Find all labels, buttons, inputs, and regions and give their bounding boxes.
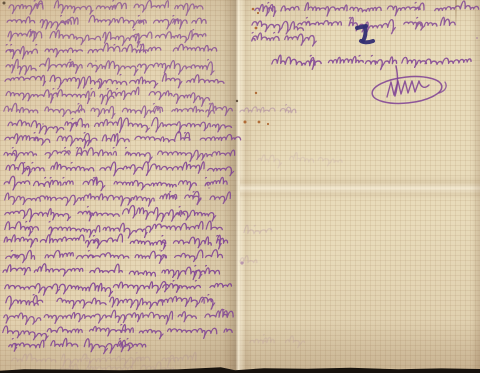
handwriting-line-left — [3, 234, 229, 249]
signature-flourish — [371, 66, 446, 107]
horizontal-crease — [240, 175, 480, 199]
paper-shading — [0, 0, 480, 373]
handwriting-line-left — [4, 205, 218, 221]
rust-spot — [255, 27, 258, 30]
dark-speck — [236, 100, 238, 102]
handwriting-line-right — [254, 1, 480, 16]
ink-speck — [117, 227, 119, 229]
ink-speck — [42, 123, 44, 125]
handwriting-line-left — [3, 281, 232, 297]
handwriting-line-left — [5, 162, 235, 176]
ink-speck — [95, 60, 97, 62]
right-edge-shadow — [471, 0, 480, 373]
handwriting-line-left — [3, 176, 229, 190]
scanned-letter — [0, 0, 480, 373]
rust-spot — [255, 92, 257, 94]
handwriting-line-left — [1, 325, 233, 341]
handwriting-line-left — [7, 118, 234, 135]
handwriting-line-left — [4, 43, 218, 59]
ink-bleed-mark — [240, 105, 297, 113]
handwriting-line-right — [250, 33, 318, 46]
ink-bleed-mark — [257, 153, 344, 168]
ink-speck — [208, 187, 210, 189]
rust-spot — [257, 12, 259, 14]
top-right-seam — [455, 0, 457, 30]
center-fold-crease — [222, 0, 252, 373]
ink-speck — [159, 249, 161, 251]
ink-bleed-mark — [240, 256, 258, 263]
rust-spot — [267, 123, 269, 125]
ink-bleed-mark — [11, 352, 197, 367]
ink-bleed-mark — [244, 225, 273, 234]
handwriting-line-left — [5, 250, 224, 264]
ink-bleed-mark — [59, 362, 176, 373]
dark-speck — [3, 2, 6, 5]
handwriting-line-left — [5, 295, 217, 310]
rust-spot — [244, 121, 247, 124]
rust-spot — [252, 8, 255, 11]
handwriting-line-left — [4, 87, 212, 106]
handwriting-line-left — [2, 264, 222, 280]
rust-spot — [258, 121, 261, 124]
ink-speck — [476, 37, 478, 39]
handwriting-line-left — [6, 30, 207, 48]
graph-paper-grid — [0, 0, 480, 373]
handwriting-line-left — [4, 191, 232, 206]
ink-speck — [240, 261, 243, 264]
scanner-bottom-edge — [0, 363, 480, 373]
handwriting-line-left — [3, 148, 236, 163]
left-page-tint — [0, 0, 238, 373]
handwriting-line-right — [250, 17, 456, 34]
handwriting-line-right — [271, 55, 472, 69]
ink-bleed-mark — [249, 335, 306, 348]
handwriting-line-left — [3, 221, 223, 238]
handwriting-line-left — [6, 15, 208, 29]
handwriting-line-left — [3, 132, 242, 149]
handwriting-line-left — [3, 103, 234, 118]
handwriting-line-left — [4, 73, 226, 88]
handwriting-line-left — [8, 338, 148, 353]
handwriting-line-left — [3, 309, 235, 324]
handwriting-line-left — [5, 58, 217, 75]
dark-ink-blot — [357, 26, 373, 42]
handwriting-line-left — [8, 0, 205, 15]
ink-layer — [0, 0, 480, 373]
